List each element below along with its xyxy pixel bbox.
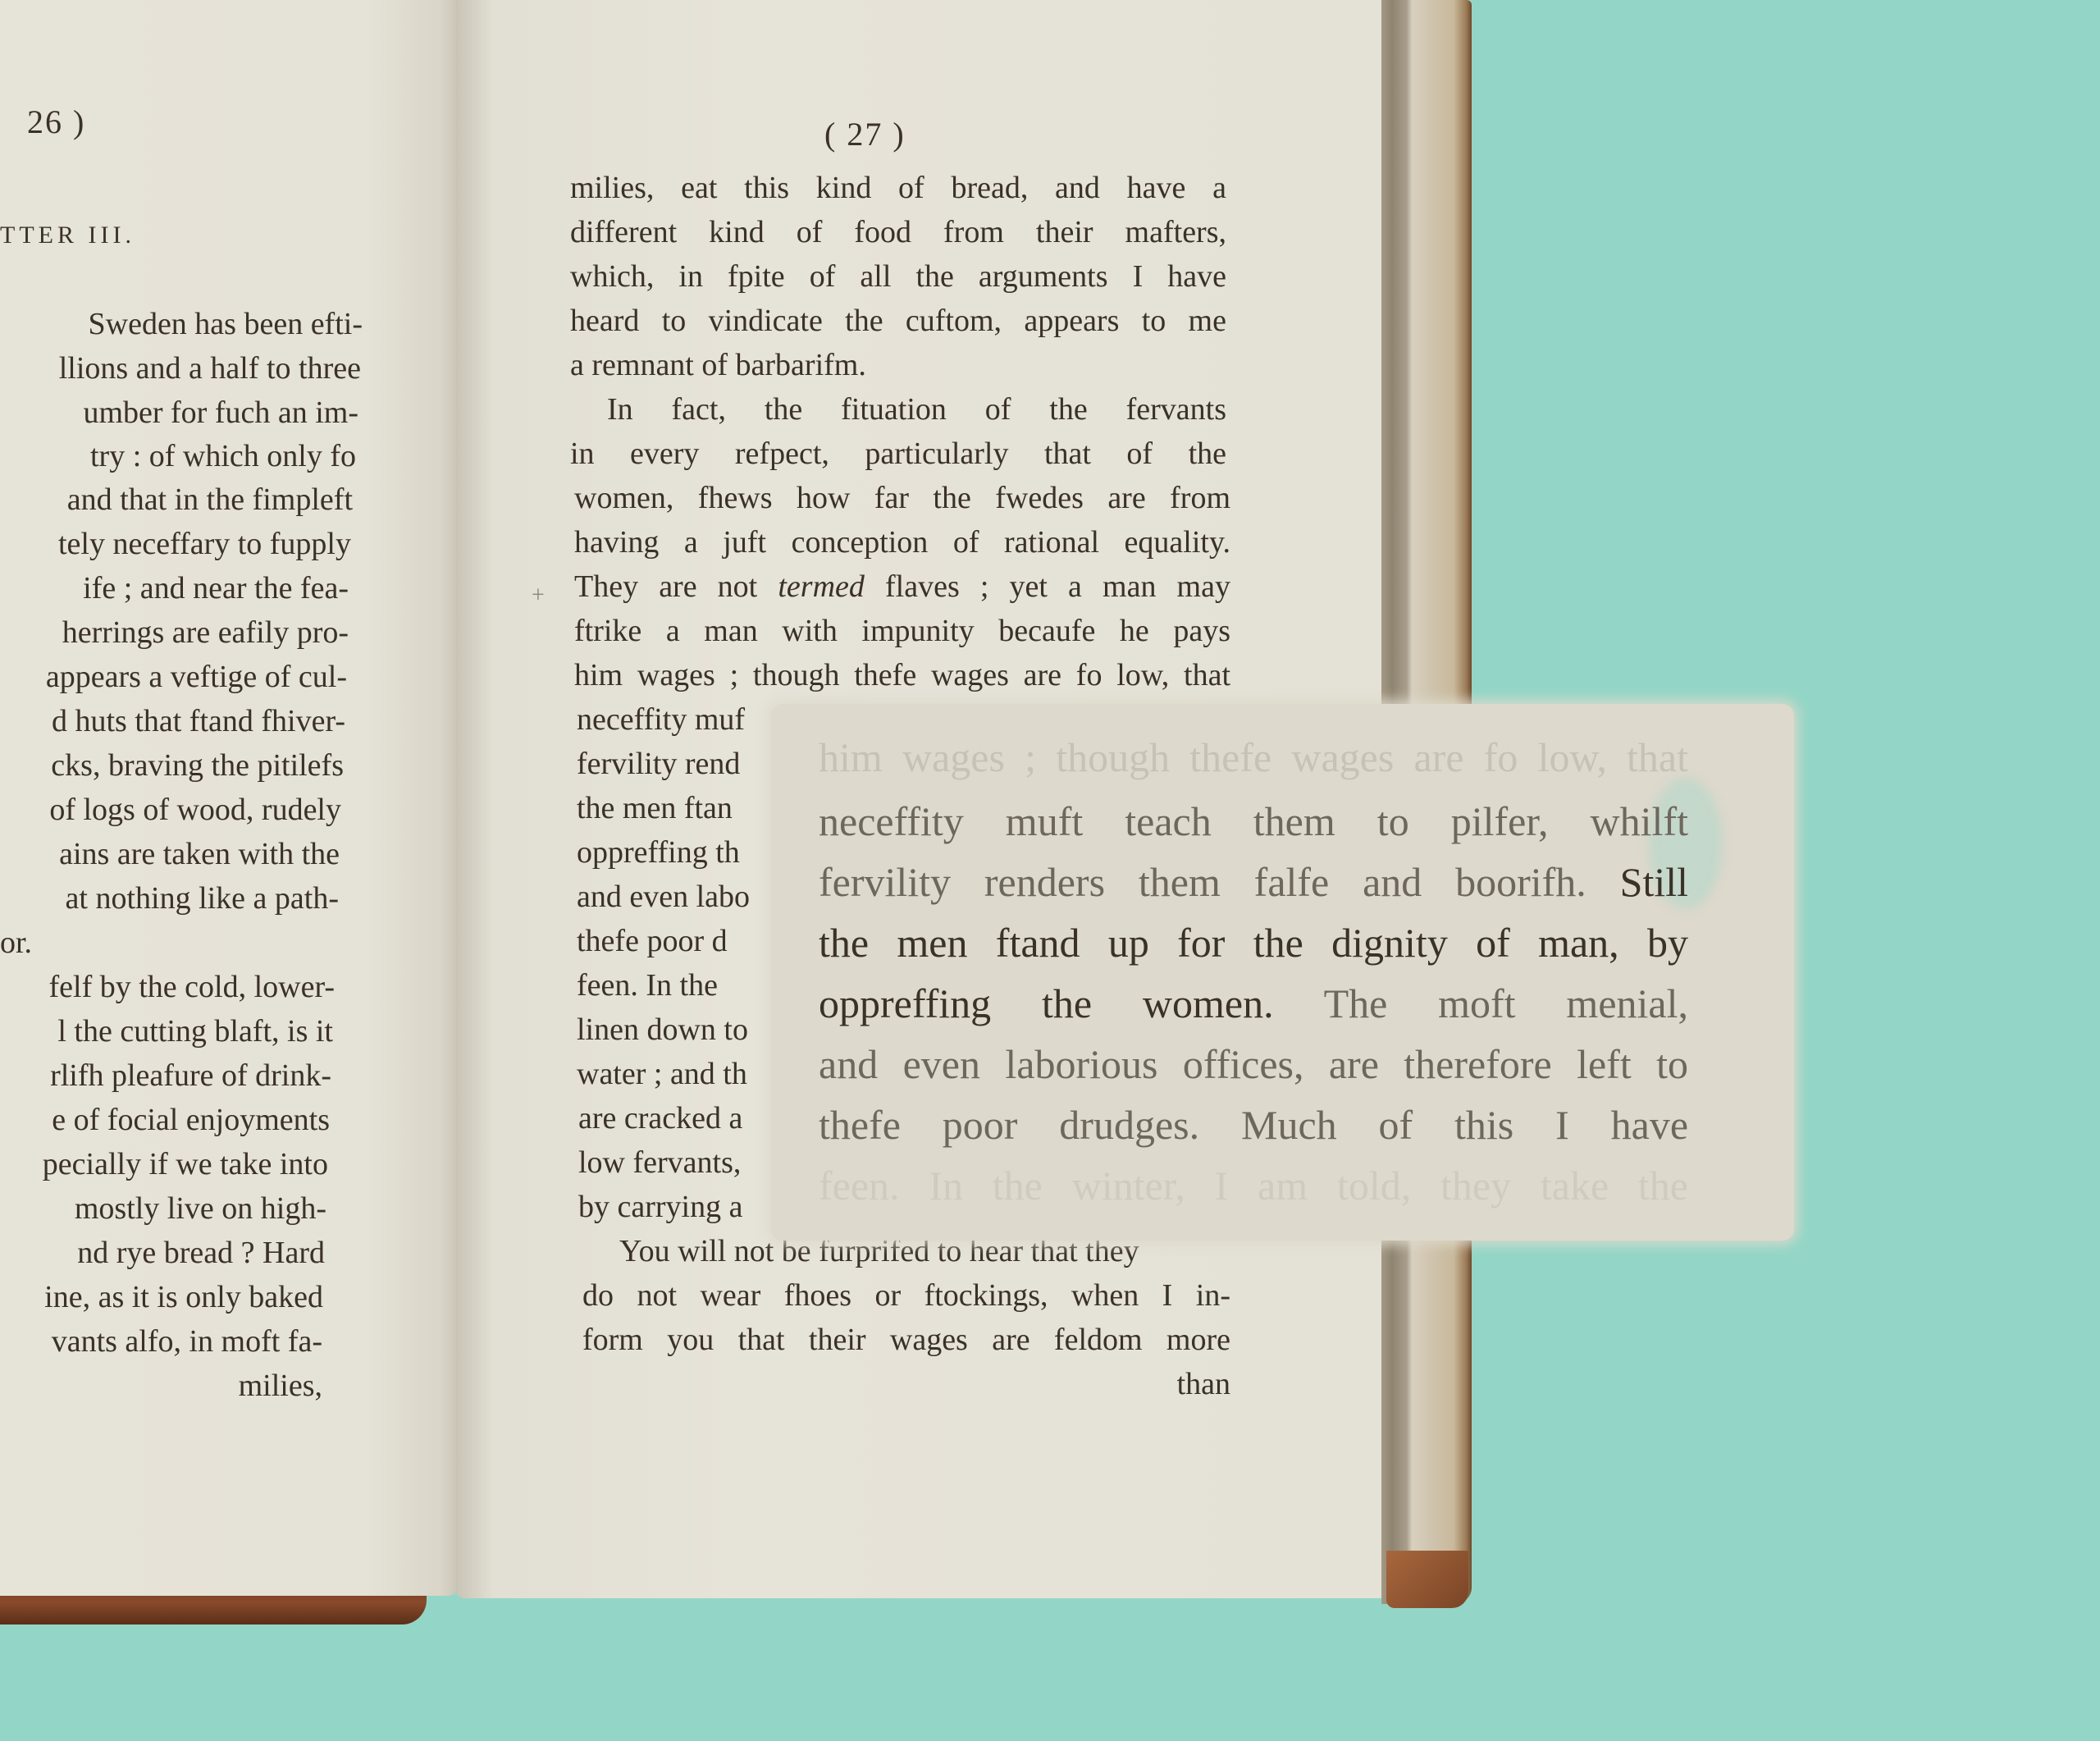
text-line: and even labo	[577, 881, 774, 912]
text-line: women, fhews how far the fwedes are from	[574, 482, 1230, 514]
magnified-line-highlighted: the men ftand up for the dignity of man,…	[819, 922, 1688, 963]
text-line: form you that their wages are feldom mor…	[582, 1324, 1230, 1355]
highlight-start: Still	[1620, 859, 1688, 905]
text-line: him wages ; though thefe wages are fo lo…	[574, 660, 1230, 691]
text-line: thefe poor d	[577, 925, 774, 957]
text-line: pecially if we take into	[0, 1149, 328, 1180]
magnified-line: fervility renders them falfe and boorifh…	[819, 861, 1688, 902]
text-line: and that in the fimpleft	[0, 484, 353, 515]
text-line: the men ftan	[577, 793, 774, 824]
text-line: e of focial enjoyments	[0, 1104, 330, 1136]
text-line: than	[1157, 1369, 1230, 1400]
text-line: low fervants,	[578, 1147, 775, 1178]
text-line: ftrike a man with impunity becaufe he pa…	[574, 615, 1230, 647]
text-line: nd rye bread ? Hard	[0, 1237, 325, 1268]
text-line: by carrying a	[578, 1191, 775, 1222]
text-line: do not wear fhoes or ftockings, when I i…	[582, 1280, 1230, 1311]
text-line: appears a veftige of cul-	[0, 661, 347, 692]
text-line: try : of which only fo	[0, 441, 356, 472]
text-line: oppreffing th	[577, 837, 774, 868]
text-line: feen. In the	[577, 970, 774, 1001]
text-line: rlifh pleafure of drink-	[0, 1060, 331, 1091]
text-line: in every refpect, particularly that of t…	[570, 438, 1226, 469]
book-corner	[1386, 1551, 1468, 1608]
text-line: heard to vindicate the cuftom, appears t…	[570, 305, 1226, 336]
left-page-text: Sweden has been efti- llions and a half …	[0, 0, 363, 1477]
text-line: milies,	[232, 1370, 322, 1401]
magnified-line-highlighted: oppreffing the women. The moft menial,	[819, 983, 1688, 1024]
italic-word: termed	[778, 569, 865, 604]
text-line: ife ; and near the fea-	[0, 573, 349, 604]
text-line: are cracked a	[578, 1103, 775, 1134]
text-line: Sweden has been efti-	[15, 308, 363, 340]
text-line: fervility rend	[577, 748, 774, 779]
margin-pencil-mark: +	[532, 583, 545, 609]
text-line: mostly live on high-	[25, 1193, 326, 1224]
text-line: cks, braving the pitilefs	[0, 750, 344, 781]
left-page: 26 ) TTER III. Sweden has been efti- lli…	[0, 0, 459, 1596]
text-line: herrings are eafily pro-	[8, 617, 349, 648]
text-magnifier-overlay: him wages ; though thefe wages are fo lo…	[771, 704, 1794, 1241]
text-line: or.	[0, 927, 49, 958]
text-line: having a juft conception of rational equ…	[574, 527, 1230, 558]
text-line: which, in fpite of all the arguments I h…	[570, 261, 1226, 292]
magnified-line: neceffity muft teach them to pilfer, whi…	[819, 801, 1688, 842]
text-line: l the cutting blaft, is it	[0, 1016, 333, 1047]
text-line: felf by the cold, lower-	[0, 971, 335, 1003]
text-line: d huts that ftand fhiver-	[0, 706, 345, 737]
text-line: neceffity muf	[577, 704, 774, 735]
text-line: ains are taken with the	[0, 839, 340, 870]
text-line: In fact, the fituation of the fervants	[607, 394, 1226, 425]
text-line: llions and a half to three	[0, 353, 361, 384]
magnified-line: him wages ; though thefe wages are fo lo…	[819, 737, 1688, 778]
text-line: vants alfo, in moft fa-	[0, 1326, 322, 1357]
text-line: ine, as it is only baked	[0, 1282, 323, 1313]
text-line: milies, eat this kind of bread, and have…	[570, 172, 1226, 203]
text-line: a remnant of barbarifm.	[570, 350, 1226, 381]
magnified-line: and even laborious offices, are therefor…	[819, 1044, 1688, 1085]
magnified-line: thefe poor drudges. Much of this I have	[819, 1104, 1688, 1145]
text-line: water ; and th	[577, 1058, 774, 1090]
text-line: of logs of wood, rudely	[2, 794, 341, 825]
text-line: different kind of food from their mafter…	[570, 217, 1226, 248]
text-line: umber for fuch an im-	[0, 397, 358, 428]
text-line: They are not termed flaves ; yet a man m…	[574, 571, 1230, 602]
text-line: linen down to	[577, 1014, 774, 1045]
text-line: tely neceffary to fupply	[0, 528, 351, 560]
magnified-line: feen. In the winter, I am told, they tak…	[819, 1165, 1688, 1206]
text-line: at nothing like a path-	[0, 883, 339, 914]
